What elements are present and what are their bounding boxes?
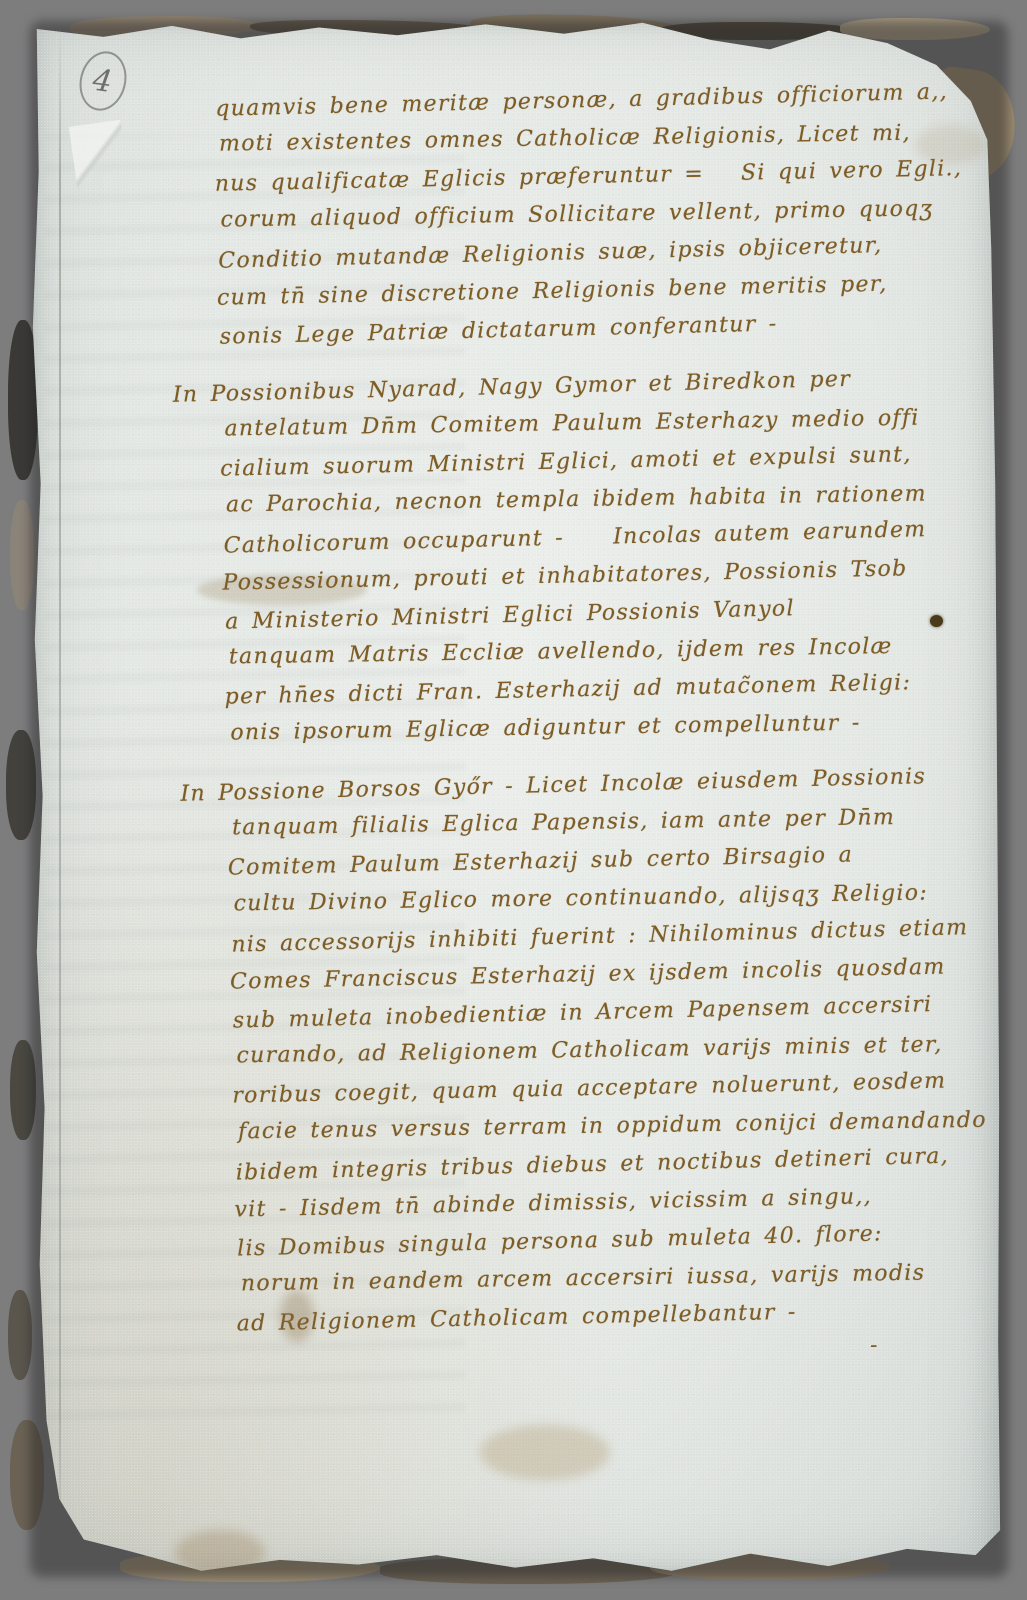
paragraph: In Possionibus Nyarad, Nagy Gymor et Bir… <box>220 359 1017 754</box>
fold-crease <box>59 25 61 1565</box>
trailing-dash: - <box>870 1333 877 1358</box>
paragraph: quamvis bene meritæ personæ, a gradibus … <box>215 74 1010 355</box>
manuscript-text: quamvis bene meritæ personæ, a gradibus … <box>215 74 1027 1362</box>
paper-stain <box>915 125 985 165</box>
scan-background: 4 quamvis bene meritæ personæ, a gradibu… <box>0 0 1027 1600</box>
paper-stain <box>280 1290 314 1342</box>
binding-remnant <box>8 1290 32 1380</box>
dog-ear-corner <box>69 120 129 191</box>
paper-stain <box>480 1425 610 1480</box>
paragraph: In Possione Borsos Győr - Licet Incolæ e… <box>228 758 1027 1343</box>
folio-number: 4 <box>91 62 115 99</box>
manuscript-page: 4 quamvis bene meritæ personæ, a gradibu… <box>25 15 1005 1577</box>
ink-blot <box>930 615 943 627</box>
